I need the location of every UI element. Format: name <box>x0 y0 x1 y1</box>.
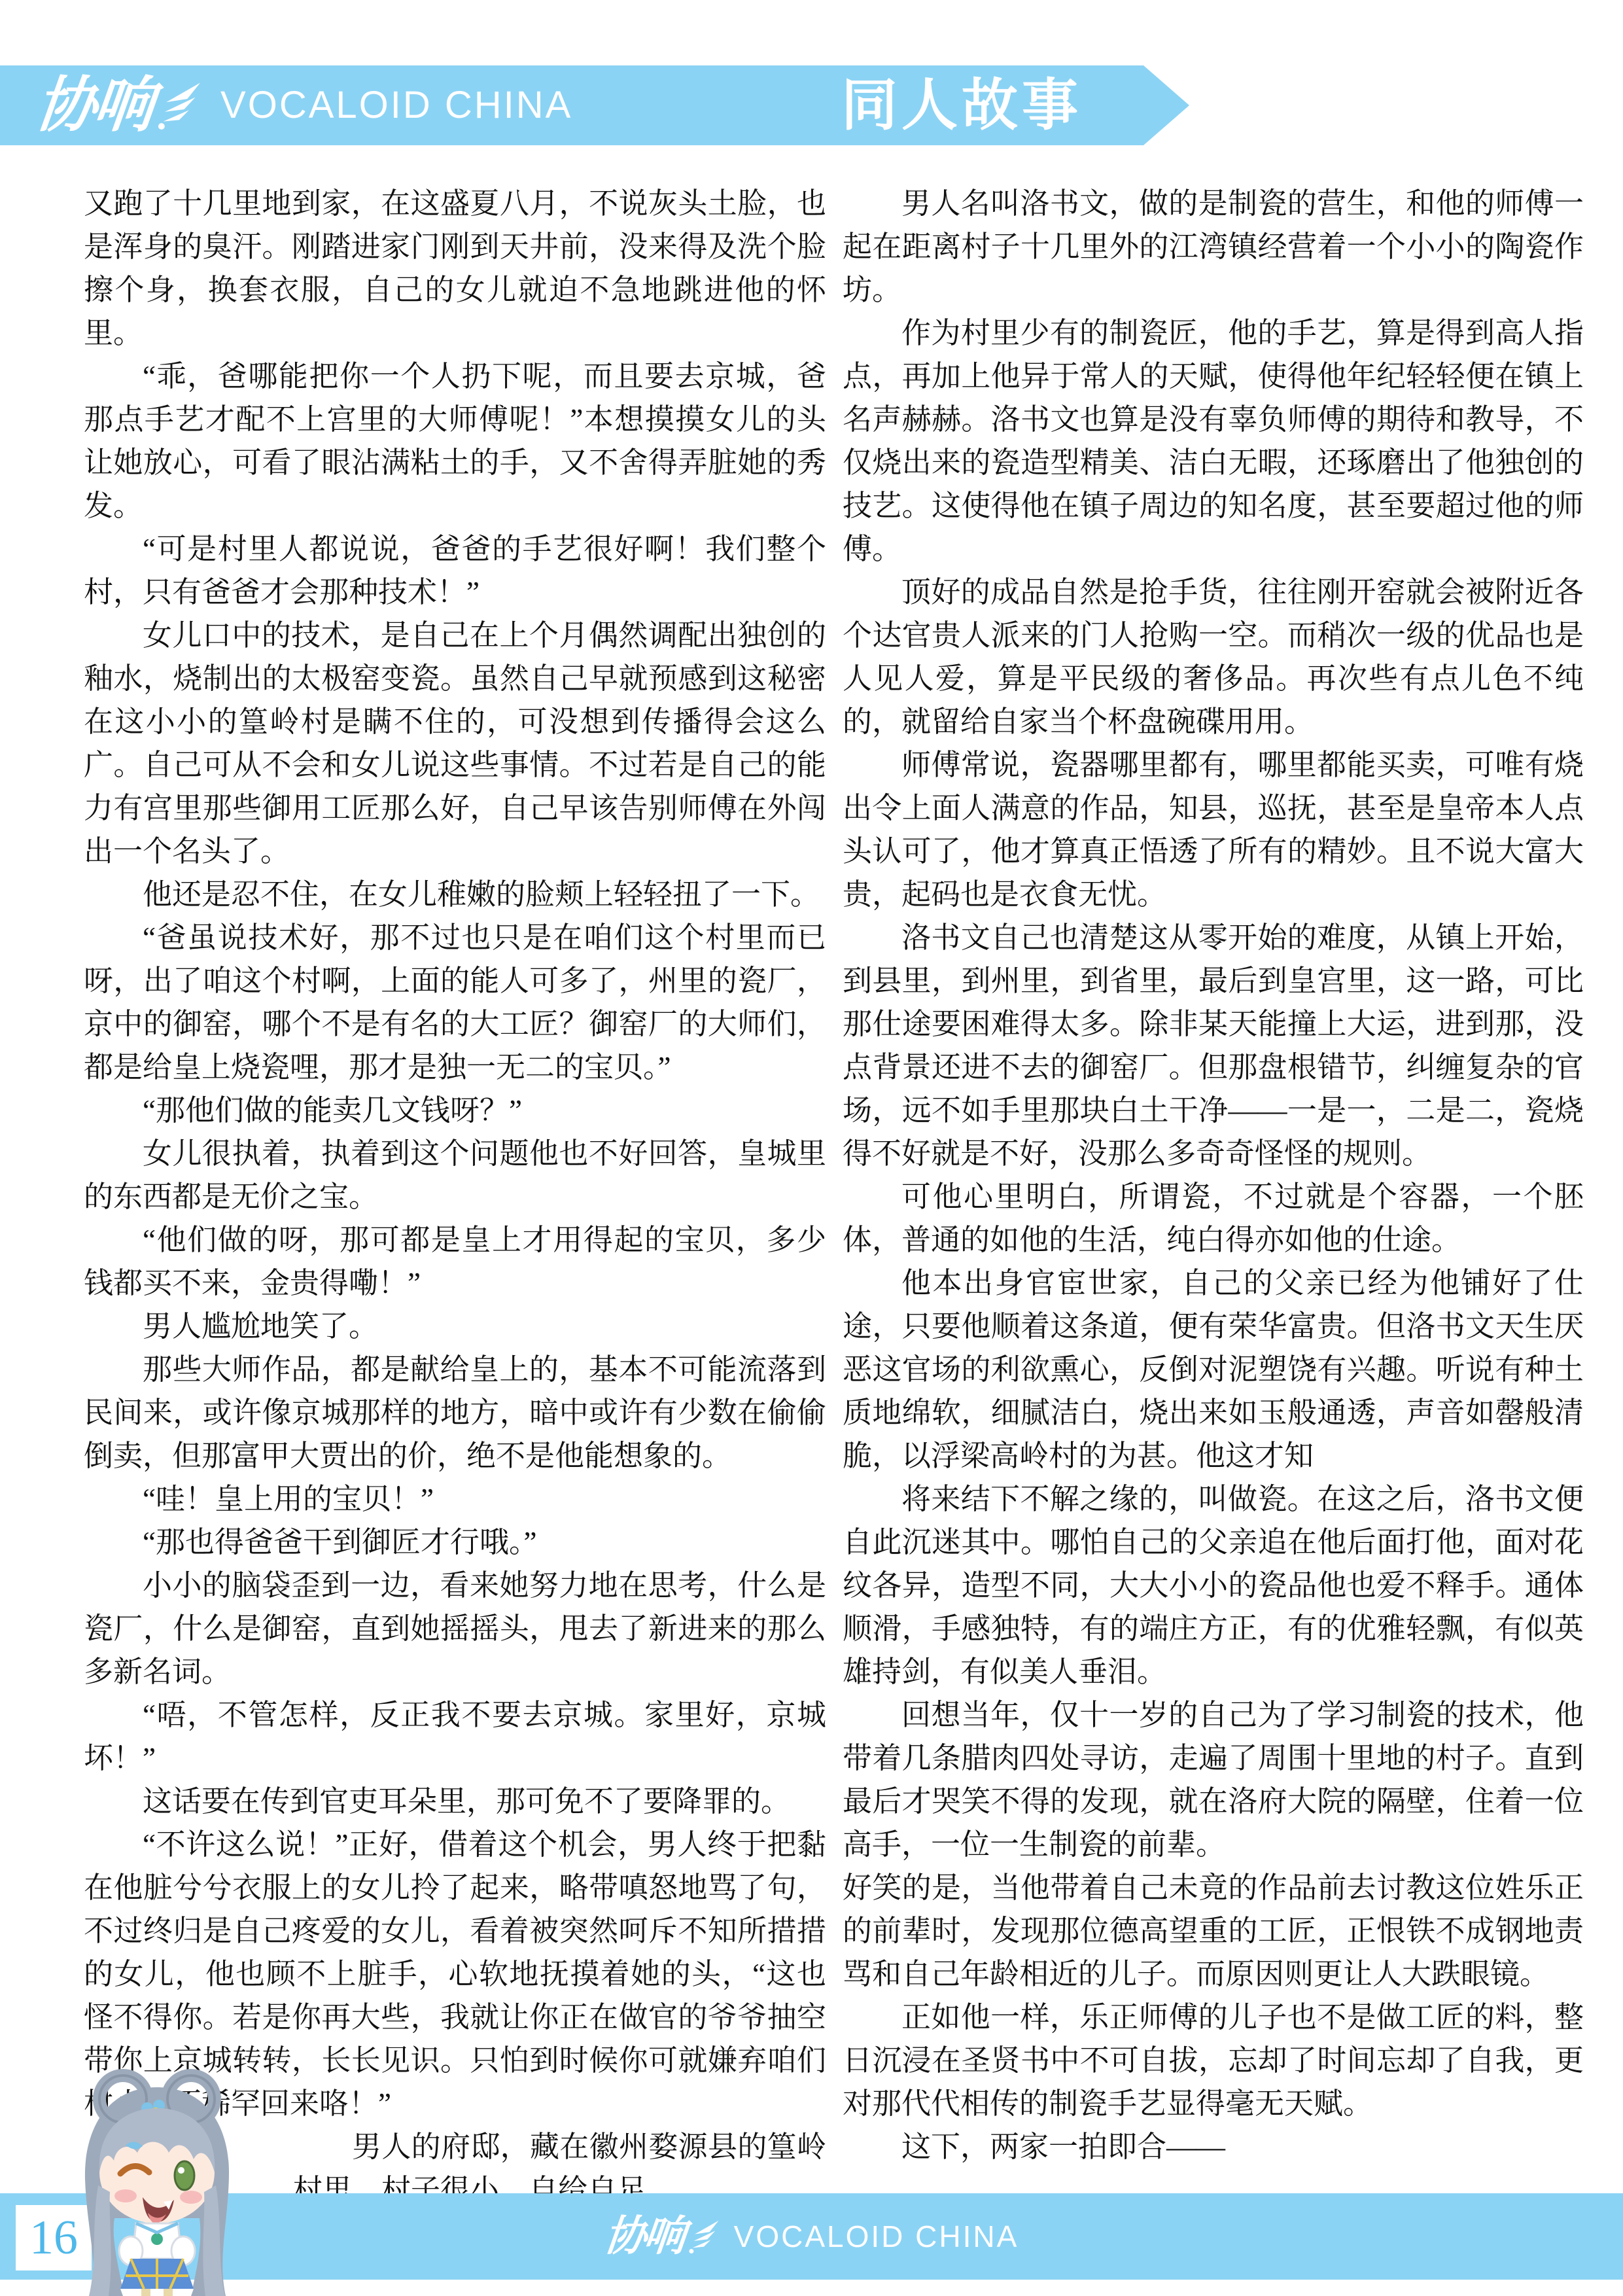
paragraph: 他还是忍不住，在女儿稚嫩的脸颊上轻轻扭了一下。 <box>84 873 826 916</box>
paragraph: “可是村里人都说说，爸爸的手艺很好啊！我们整个村，只有爸爸才会那种技术！” <box>84 527 826 614</box>
paragraph: 他本出身官宦世家，自己的父亲已经为他铺好了仕途，只要他顺着这条道，便有荣华富贵。… <box>843 1262 1584 1477</box>
paragraph: 正如他一样，乐正师傅的儿子也不是做工匠的料，整日沉浸在圣贤书中不可自拔，忘却了时… <box>843 1996 1584 2125</box>
right-column: 男人名叫洛书文，做的是制瓷的营生，和他的师傅一起在距离村子十几里外的江湾镇经营着… <box>843 182 1584 2168</box>
paragraph: 作为村里少有的制瓷匠，他的手艺，算是得到高人指点，再加上他异于常人的天赋，使得他… <box>843 311 1584 571</box>
footer-logo-zh-text: 协响 <box>602 2216 685 2257</box>
footer-logo-latin-text: VOCALOID CHINA <box>734 2221 1019 2252</box>
paragraph: 顶好的成品自然是抢手货，往往刚开窑就会被附近各个达官贵人派来的门人抢购一空。而稍… <box>843 571 1584 743</box>
paragraph: “乖，爸哪能把你一个人扔下呢，而且要去京城，爸那点手艺才配不上宫里的大师傅呢！”… <box>84 355 826 527</box>
paragraph: 将来结下不解之缘的，叫做瓷。在这之后，洛书文便自此沉迷其中。哪怕自己的父亲追在他… <box>843 1477 1584 1693</box>
left-column: 又跑了十几里地到家，在这盛夏八月，不说灰头土脸，也是浑身的臭汗。刚踏进家门刚到天… <box>84 182 826 2217</box>
paragraph: 好笑的是，当他带着自己未竟的作品前去讨教这位姓乐正的前辈时，发现那位德高望重的工… <box>843 1866 1584 1996</box>
paragraph: 男人尴尬地笑了。 <box>84 1305 826 1348</box>
logo-zh-text: 协响 <box>33 75 154 135</box>
paragraph: “唔，不管怎样，反正我不要去京城。家里好，京城坏！” <box>84 1693 826 1780</box>
section-title: 同人故事 <box>841 65 1082 145</box>
paragraph: “哇！皇上用的宝贝！” <box>84 1477 826 1521</box>
paragraph: 师傅常说，瓷器哪里都有，哪里都能买卖，可唯有烧出令上面人满意的作品，知县，巡抚，… <box>843 743 1584 916</box>
paragraph: 男人名叫洛书文，做的是制瓷的营生，和他的师傅一起在距离村子十几里外的江湾镇经营着… <box>843 182 1584 311</box>
paragraph: 小小的脑袋歪到一边，看来她努力地在思考，什么是瓷厂，什么是御窑，直到她摇摇头，甩… <box>84 1564 826 1693</box>
paragraph: 回想当年，仅十一岁的自己为了学习制瓷的技术，他带着几条腊肉四处寻访，走遍了周围十… <box>843 1693 1584 1866</box>
paragraph: 女儿口中的技术，是自己在上个月偶然调配出独创的釉水，烧制出的太极窑变瓷。虽然自己… <box>84 614 826 873</box>
paragraph: 可他心里明白，所谓瓷，不过就是个容器，一个胚体，普通的如他的生活，纯白得亦如他的… <box>843 1175 1584 1262</box>
paragraph: “爸虽说技术好，那不过也只是在咱们这个村里而已呀，出了咱这个村啊，上面的能人可多… <box>84 916 826 1089</box>
wing-icon <box>155 81 203 130</box>
luo-tianyi-chibi-mascot <box>65 2068 249 2296</box>
paragraph: “他们做的呀，那可都是皇上才用得起的宝贝，多少钱都买不来，金贵得嘞！” <box>84 1218 826 1305</box>
paragraph: 女儿很执着，执着到这个问题他也不好回答，皇城里的东西都是无价之宝。 <box>84 1132 826 1218</box>
paragraph: 又跑了十几里地到家，在这盛夏八月，不说灰头土脸，也是浑身的臭汗。刚踏进家门刚到天… <box>84 182 826 355</box>
paragraph: 洛书文自己也清楚这从零开始的难度，从镇上开始，到县里，到州里，到省里，最后到皇宫… <box>843 916 1584 1175</box>
logo-latin-text: VOCALOID CHINA <box>220 86 572 124</box>
paragraph: “那也得爸爸干到御匠才行哦。” <box>84 1521 826 1564</box>
footer-wing-icon <box>687 2219 721 2253</box>
paragraph: 那些大师作品，都是献给皇上的，基本不可能流落到民间来，或许像京城那样的地方，暗中… <box>84 1348 826 1477</box>
paragraph: 这话要在传到官吏耳朵里，那可免不了要降罪的。 <box>84 1780 826 1823</box>
paragraph: 这下，两家一拍即合—— <box>843 2125 1584 2168</box>
header-band: 协响 VOCALOID CHINA 同人故事 <box>0 65 1189 145</box>
paragraph: “那他们做的能卖几文钱呀？” <box>84 1089 826 1132</box>
header-logo: 协响 VOCALOID CHINA <box>36 65 572 145</box>
